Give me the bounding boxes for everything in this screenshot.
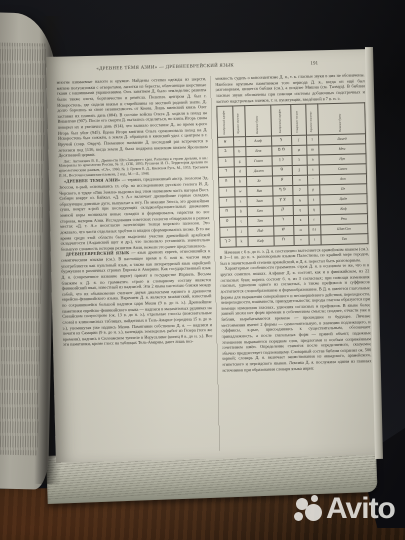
alphabet-table-cell: ב [217,147,233,157]
alphabet-table-cell: ʀ [293,215,308,225]
alphabet-table-cell: ω [293,225,308,235]
alphabet-table-cell: ח [219,207,235,217]
alphabet-table-cell: Вав [246,186,272,197]
paragraph-drevlyane: многие взимаемые налоги и оружие. Найден… [57,76,208,158]
alphabet-table-cell: ѯ [292,165,307,175]
alphabet-table-cell: ו [218,187,234,197]
photo-of-open-book: «ДРЕВНЕЕ ТЕМЯ АЗИИ» — ДРЕВНЕЕВРЕЙСКИЙ ЯЗ… [0,0,405,540]
alphabet-table-cell: ṣ [307,195,319,205]
alphabet-table-cell: h [234,176,246,186]
avito-logo-icon [311,495,318,502]
alphabet-table-cell: ט [219,217,235,227]
paragraph-text: — язык древних евреев, относившийся к се… [61,248,213,347]
alphabet-table-cell: l [306,135,318,145]
paragraph-drevneevreyskiy-yazyk: ДРЕВНЕЕВРЕЙСКИЙ ЯЗЫК — язык древних евре… [61,248,213,347]
alphabet-table-head: Квадратный шрифтЗвуковое значениеНазвани… [216,103,365,137]
alphabet-table-cell: ק [273,205,293,215]
alphabet-table-cell: נ ן [271,155,291,165]
avito-watermark: Avito [288,493,405,537]
alphabet-table-cell: ʔ [292,185,307,195]
alphabet-table-cell: א [217,137,233,147]
alphabet-table-cell: ʻ [307,175,319,185]
alphabet-table-cell: j [235,226,247,236]
paragraph-grammar: Характерные особенности грамматич. строя… [220,263,372,373]
alphabet-table-cell: Гимел [245,156,271,167]
alphabet-table-cell: ר [273,215,293,225]
right-column: можность судить о консонантизме Д. я., т… [215,72,374,451]
alphabet-table-cell: z [234,196,246,206]
alphabet-table-cell: r [308,215,320,225]
avito-logo-text: Avito [326,494,395,524]
alphabet-column-header: Квадратный шрифт [270,105,291,136]
alphabet-table-cell: כ ך [219,237,235,247]
alphabet-column-header: Название буквы [244,105,271,136]
alphabet-table-cell: ש [273,225,293,235]
alphabet-table-cell: t [308,234,320,244]
alphabet-table-cell: ϻ [291,145,306,155]
alphabet-column-header: Старинное письмо [290,104,306,135]
alphabet-table-cell: Тав [320,233,368,244]
alphabet-column-header: Квадратный шрифт [216,106,233,137]
alphabet-column-header: Название буквы [317,103,365,135]
alphabet-table-cell: ο [292,175,307,185]
alphabet-table-cell: ḥ [235,206,247,216]
alphabet-table-cell: ל [271,135,291,145]
alphabet-table-cell: w [234,186,246,196]
right-page: «ДРЕВНЕЕ ТЕМЯ АЗИИ» — ДРЕВНЕЕВРЕЙСКИЙ ЯЗ… [46,49,382,463]
running-head-row: «ДРЕВНЕЕ ТЕМЯ АЗИИ» — ДРЕВНЕЕВРЕЙСКИЙ ЯЗ… [54,60,364,73]
alphabet-column-header: Звуковое значение [232,106,245,137]
alphabet-table-cell: ṭ [235,216,247,226]
alphabet-table-cell: ז [218,197,234,207]
alphabet-table-cell: n [306,155,318,165]
alphabet-table-cell: פ ף [272,185,292,195]
alphabet-table-cell: d [234,166,246,176]
alphabet-table-cell: ҕ [292,195,307,205]
paragraph-text: — термин, предложенный австр. геологом Э… [59,175,210,251]
paragraph-text: можность судить о консонантизме Д. я., т… [215,72,365,103]
alphabet-table-cell: × [293,235,308,245]
alphabet-table-cell: Бет [245,146,271,157]
running-head: «ДРЕВНЕЕ ТЕМЯ АЗИИ» — ДРЕВНЕЕВРЕЙСКИЙ ЯЗ… [96,63,234,71]
page-number: 191 [310,61,318,66]
alphabet-table-cell: q [308,205,320,215]
paragraph-text: Лит.: Антонович В. Б., Древности Юго-Зап… [59,156,209,178]
alphabet-table-cell: מ ם [271,145,291,155]
alphabet-table-cell: š ś [308,224,320,234]
alphabet-table-cell: Далет [246,166,272,177]
avito-logo-icon [294,512,303,521]
alphabet-table-cell: g [233,156,245,166]
left-column: многие взимаемые налоги и оружие. Найден… [57,76,216,455]
alphabet-table-cell: Хет [247,206,273,217]
alphabet-table-cell: ה [218,177,234,187]
alphabet-table-cell: ג [217,157,233,167]
alphabet-table-cell: Хе [246,176,272,187]
paragraph-text: Характерные особенности грамматич. строя… [220,263,372,373]
alphabet-table-cell: b [233,147,245,157]
alphabet-table-cell: ʃ [291,135,306,145]
alphabet-table-cell: ת [273,235,293,245]
alphabet-table-cell: צ ץ [272,195,292,205]
paragraph-consonantism: можность судить о консонантизме Д. я., т… [215,72,365,104]
alphabet-table-cell: ʖ [291,155,306,165]
paragraph-drevnee-temya-azii: «ДРЕВНЕЕ ТЕМЯ АЗИИ» — термин, предложенн… [59,175,210,252]
alphabet-table-cell: ס [272,165,292,175]
hebrew-alphabet-table: Квадратный шрифтЗвуковое значениеНазвани… [216,102,369,247]
alphabet-table-body: אʼАлефלʃlЛамедבbБетמ םϻmМемגgГимелנ ןʖnН… [217,134,368,247]
alphabet-table-head-row: Квадратный шрифтЗвуковое значениеНазвани… [216,103,365,137]
alphabet-table-cell: Алеф [245,136,271,147]
alphabet-table-cell: Тет [247,216,273,227]
paragraph-text: многие взимаемые налоги и оружие. Найден… [57,76,208,158]
avito-logo-icon [305,504,322,521]
alphabet-table-cell: ϙ [293,205,308,215]
alphabet-table-cell: י [219,227,235,237]
text-columns: многие взимаемые налоги и оружие. Найден… [57,72,374,454]
alphabet-table-cell: k [235,236,247,246]
alphabet-table-cell: s [307,165,319,175]
alphabet-table-cell: ד [218,167,234,177]
alphabet-table-cell: Йод [247,226,273,237]
alphabet-column-header: Звуковое значение [305,104,318,135]
alphabet-table-cell: ʼ [233,137,245,147]
alphabet-table-cell: p [307,185,319,195]
paragraph-literature: Лит.: Антонович В. Б., Древности Юго-Зап… [59,156,209,179]
alphabet-table-cell: Каф [247,236,273,247]
alphabet-table-cell: m [306,145,318,155]
alphabet-table-cell: ע [272,175,292,185]
alphabet-table-cell: Заин [246,196,272,207]
